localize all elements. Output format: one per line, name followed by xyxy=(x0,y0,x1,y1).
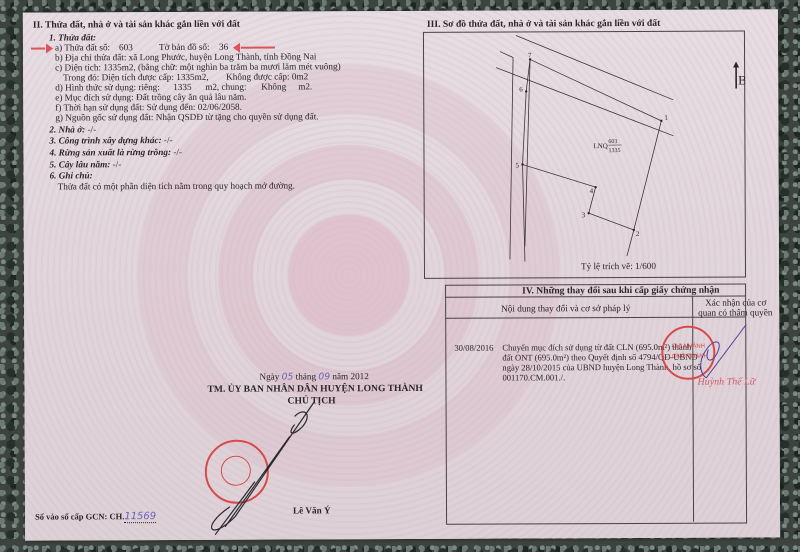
confirmer-signature xyxy=(694,319,749,379)
signing-year: năm 2012 xyxy=(332,371,369,381)
signer-name: Lê Văn Ý xyxy=(293,506,331,515)
north-arrow-icon: B xyxy=(733,61,746,88)
col-header-content: Nội dung thay đổi và cơ sở pháp lý xyxy=(501,304,630,314)
section-ii-heading: II. Thửa đất, nhà ở và tài sản khác gắn … xyxy=(33,20,240,30)
north-label: B xyxy=(738,72,746,87)
signing-date: Ngày 05 tháng 09 năm 2012 xyxy=(259,372,368,382)
land-parcel-heading: 1. Thửa đất: xyxy=(49,33,96,42)
vertex-label: 6 xyxy=(519,85,523,93)
asset-item-label: 2. Nhà ở: xyxy=(49,124,85,134)
asset-item-other-construction: 3. Công trình xây dựng khác: -/- xyxy=(49,136,172,146)
parcel-label-area: 1335 xyxy=(608,148,620,154)
parcel-diagram: 1 2 3 4 5 6 7 LNQ 603 1335 B xyxy=(423,30,746,278)
asset-item-perennial-trees: 5. Cây lâu năm: -/- xyxy=(49,160,121,170)
asset-item-planted-forest: 4. Rừng sản xuất là rừng trồng: -/- xyxy=(49,148,182,158)
asset-item-label: 4. Rừng sản xuất là rừng trồng: xyxy=(49,147,171,158)
usage-shared-unit: m2. xyxy=(298,82,312,91)
asset-item-value: -/- xyxy=(113,159,122,169)
registry-number-field: Số vào sổ cấp GCN: CH.11569 xyxy=(35,512,156,523)
land-use-certificate-page: II. Thửa đất, nhà ở và tài sản khác gắn … xyxy=(23,9,780,540)
parcel-number: 603 xyxy=(119,43,133,52)
vertex-label: 4 xyxy=(590,187,594,195)
map-sheet-number: 36 xyxy=(219,43,228,52)
asset-item-value: -/- xyxy=(173,147,182,157)
asset-item-label: 3. Công trình xây dựng khác: xyxy=(49,135,161,145)
month-label: tháng xyxy=(296,371,316,381)
chairman-signature xyxy=(195,396,346,537)
change-date: 30/08/2016 xyxy=(454,344,493,353)
usage-private-value: 1335 xyxy=(173,83,191,92)
map-sheet-label: Tờ bản đồ số: xyxy=(159,43,210,52)
vertex-label: 2 xyxy=(636,230,640,238)
date-prefix: Ngày xyxy=(259,372,279,382)
change-entry: 30/08/2016 Chuyển mục đích sử dụng từ đấ… xyxy=(23,9,778,12)
red-arrow-right-icon xyxy=(31,48,45,50)
asset-item-label: 5. Cây lâu năm: xyxy=(49,159,110,169)
vertex-label: 7 xyxy=(528,51,532,59)
usage-private-unit: m2, chung: xyxy=(205,83,246,92)
asset-item-value: -/- xyxy=(164,135,173,145)
registry-number: 11569 xyxy=(124,511,156,523)
issuing-authority: TM. ỦY BAN NHÂN DÂN HUYỆN LONG THÀNH xyxy=(207,384,422,395)
signing-month: 09 xyxy=(318,371,330,382)
notes-text: Thửa đất có một phần diện tích nằm trong… xyxy=(58,181,295,191)
confirmer-name: Huỳnh Thế Lữ xyxy=(697,377,755,387)
asset-items-list: 2. Nhà ở: -/- 3. Công trình xây dựng khá… xyxy=(23,9,778,12)
diagram-scale: Tỷ lệ trích vẽ: 1/600 xyxy=(581,262,656,272)
col-header-confirm-2: quan có thẩm quyền xyxy=(698,308,772,318)
vertex-label: 3 xyxy=(582,211,586,219)
vertex-label: 5 xyxy=(516,161,520,169)
usage-shared-value: Không xyxy=(261,83,286,92)
registry-label: Số vào sổ cấp GCN: CH. xyxy=(35,511,124,521)
parcel-label-prefix: LNQ xyxy=(593,142,607,150)
signing-day: 05 xyxy=(282,371,294,382)
parcel-label-number: 603 xyxy=(608,139,617,145)
land-origin: g) Nguồn gốc sử dụng đất: Nhận QSDĐ từ t… xyxy=(55,112,318,122)
parcel-number-label: a) Thửa đất số: xyxy=(55,43,110,52)
asset-item-house: 2. Nhà ở: -/- xyxy=(49,125,96,134)
red-arrow-left-icon xyxy=(241,47,275,49)
change-line: 001170.CM.001./. xyxy=(502,373,565,382)
section-iii-heading: III. Sơ đồ thửa đất, nhà ở và tài sản kh… xyxy=(427,19,660,30)
area-not-granted: Không được cấp: 0m2 xyxy=(226,72,308,82)
asset-item-value: -/- xyxy=(87,124,96,134)
vertex-label: 1 xyxy=(664,114,668,122)
notes-heading: 6. Ghi chú: xyxy=(50,171,93,180)
section-iv-heading: IV. Những thay đổi sau khi cấp giấy chứn… xyxy=(522,286,719,296)
